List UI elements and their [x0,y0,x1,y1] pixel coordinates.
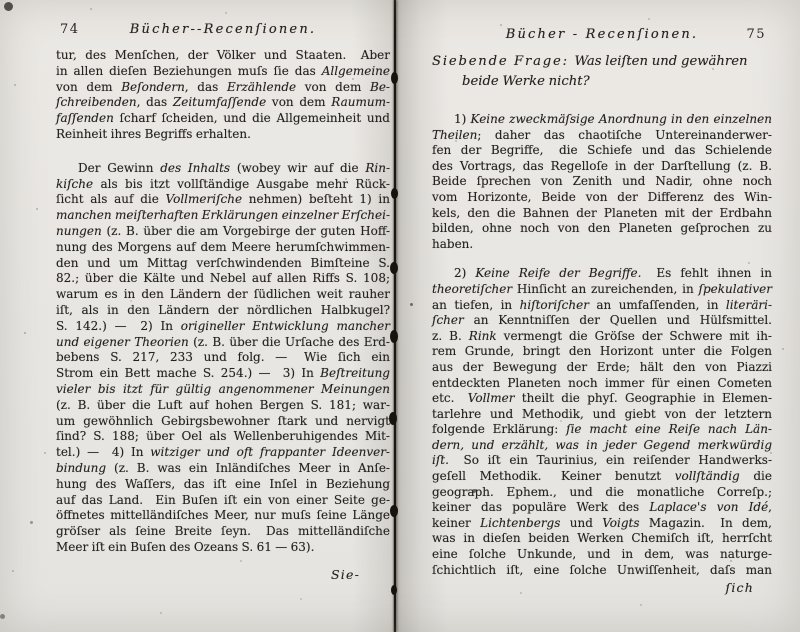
text-line: bindung (z. B. was ein Inländiſches Meer… [56,461,390,477]
ink-blob [390,262,398,274]
text-line: Siebende Frage: Was leiſten und gewähren [432,52,772,72]
text-line: tur, des Menſchen, der Völker und Staate… [56,48,390,64]
scan-speck [0,614,5,619]
text-line: manchen meiſterhaften Erklärungen einzel… [56,208,390,224]
text-line: beide Werke nicht? [432,72,772,92]
text-line: vieler bis itzt für gültig angenommener … [56,382,390,398]
text-line: hung des Waſſers, das iſt eine Inſel in … [56,477,390,493]
text-line: ſind? S. 188; über Oel als Wellenberuhig… [56,429,390,445]
right-page-number: 75 [746,27,766,42]
text-line: und eigener Theorien (z. B. über die Urſ… [56,335,390,351]
left-page: 74 Bücher--Recenſionen. tur, des Menſche… [56,18,390,582]
ink-blob [390,505,398,517]
right-page-header: Bücher - Recenſionen. 75 [432,27,772,44]
text-line: an tiefen, in hiſtoriſcher an umfaſſende… [432,298,772,314]
text-line: Der Gewinn des Inhalts (wobey wir auf di… [56,161,390,177]
text-line: etc. Vollmer theilt die phyſ. Geographie… [432,391,772,407]
text-line: z. B. Rink vermengt die Gröſse der Schwe… [432,329,772,345]
text-line: rem Grunde, bringt den Horizont unter di… [432,344,772,360]
text-line: dern, und erzählt, was in jeder Gegend m… [432,438,772,454]
book-scan-spread: 74 Bücher--Recenſionen. tur, des Menſche… [0,0,800,632]
text-line: nung des Morgens auf dem Meere herumſchw… [56,240,390,256]
scan-speck [640,604,642,606]
text-line: entdeckten Planeten noch immer für einen… [432,376,772,392]
page-gutter-line [394,0,396,632]
scan-speck [782,348,784,350]
ink-blob [389,412,397,425]
text-line: nungen (z. B. über die am Vorgebirge der… [56,224,390,240]
text-line: iſt. So iſt ein Taurinius, ein reiſender… [432,453,772,469]
text-line: ſicht als auf die Vollmeriſche nehmen) b… [56,192,390,208]
right-catchword: ſich [432,580,772,595]
text-line: auf das Land. Ein Buſen iſt ein von eine… [56,493,390,509]
left-page-number: 74 [60,22,80,37]
paragraph: Der Gewinn des Inhalts (wobey wir auf di… [56,161,390,556]
scan-speck [12,570,14,572]
text-line: von dem Beſondern, das Erzählende von de… [56,80,390,96]
page-body: Siebende Frage: Was leiſten und gewähren… [432,52,772,578]
text-line: eine ſolche Unkunde, und in dem, was nat… [432,547,772,563]
text-line: ſchreibenden, das Zeitumfaſſende von dem… [56,95,390,111]
text-line: iſt, als in den Ländern der nördlichen H… [56,303,390,319]
text-line: theoretiſcher Hinſicht an zureichenden, … [432,282,772,298]
page-body: tur, des Menſchen, der Völker und Staate… [56,48,390,556]
scan-speck [300,598,302,600]
text-line: des Vortrags, das Regelloſe in der Darſt… [432,159,772,175]
paragraph: 1) Keine zweckmäſsige Anordnung in den e… [432,112,772,252]
text-line: aus der Bewegung der Erde; hält den von … [432,360,772,376]
text-line: ſcher an Kenntniſſen der Quellen und Hül… [432,313,772,329]
text-line: 2) Keine Reife der Begriffe. Es fehlt ih… [432,266,772,282]
text-line: geſell Methodik. Keiner benutzt vollſtän… [432,469,772,485]
text-line: Meer iſt ein Buſen des Ozeans S. 61 — 63… [56,540,390,556]
text-line: den und um Mittag verſchwindenden Bimſte… [56,256,390,272]
text-line: kels, den die Bahnen der Planeten mit de… [432,206,772,222]
text-line: was in dieſen beiden Werken Chemiſch iſt… [432,531,772,547]
text-line: bilden, ohne noch von den Planeten geſpr… [432,221,772,237]
text-line: folgende Erklärung: ſie macht eine Reiſe… [432,422,772,438]
text-line: in allen dieſen Beziehungen muſs ſie das… [56,64,390,80]
text-line: öffnetes mittelländiſches Meer, nur muſs… [56,508,390,524]
scan-speck [225,12,227,14]
text-line: 1) Keine zweckmäſsige Anordnung in den e… [432,112,772,128]
text-line: keiner das populäre Werk des Laplace's v… [432,500,772,516]
text-line: kiſche als bis itzt vollſtändige Ausgabe… [56,177,390,193]
text-line: Strom ein Bett mache S. 254.) — 3) In Be… [56,366,390,382]
text-line: tel.) — 4) In witziger und oft frappante… [56,445,390,461]
ink-blob [390,330,398,343]
text-line: keiner Lichtenbergs und Voigts Magazin. … [432,516,772,532]
scan-speck [4,2,13,11]
scan-speck [160,612,162,614]
left-page-header: 74 Bücher--Recenſionen. [56,22,390,39]
scan-speck [410,303,413,306]
text-line: S. 142.) — 2) In origineller Entwicklung… [56,319,390,335]
text-line: Theilen; daher das chaotiſche Untereinan… [432,128,772,144]
section-heading: Siebende Frage: Was leiſten und gewähren… [432,52,772,92]
paragraph: 2) Keine Reife der Begriffe. Es fehlt ih… [432,266,772,578]
scan-speck [36,208,38,210]
scan-speck [14,84,16,86]
scan-speck [30,521,33,524]
ink-blob [391,585,397,595]
text-line: Beide ſprechen von Zenith und Nadir, ohn… [432,174,772,190]
text-line: tarlehre und Methodik, und giebt von der… [432,407,772,423]
text-line: vom Horizonte, Beide von der Differenz d… [432,190,772,206]
scan-speck [90,8,92,10]
ink-blob [391,188,398,199]
ink-blob [391,72,398,84]
text-line: bebens S. 217, 233 und folg. — Wie ſich … [56,350,390,366]
text-line: fen der Begriffe, die Schiefe und das Sc… [432,143,772,159]
text-line: (z. B. über die Luft auf hohen Bergen S.… [56,398,390,414]
right-running-title: Bücher - Recenſionen. [506,27,699,42]
text-line: gröſser als ſeine Breite ſeyn. Das mitte… [56,524,390,540]
scan-speck [44,452,46,454]
scan-speck [24,332,26,334]
left-running-title: Bücher--Recenſionen. [130,22,316,37]
text-line: um gewöhnlich Gebirgsbewohner ſtark und … [56,414,390,430]
left-catchword: Sie- [56,567,390,582]
text-line: 82.; über die Kälte und Nebel auf allen … [56,271,390,287]
text-line: warum es in den Ländern der ſüdlichen we… [56,287,390,303]
right-page: Bücher - Recenſionen. 75 Siebende Frage:… [432,18,772,595]
paragraph: tur, des Menſchen, der Völker und Staate… [56,48,390,143]
text-line: faſſenden ſcharf ſcheiden, und die Allge… [56,111,390,127]
text-line: ſchichtlich iſt, eine ſolche Unwiſſenhei… [432,563,772,579]
text-line: Reinheit ihres Begriffs erhalten. [56,127,390,143]
text-line: geograph. Ephem., und die monatliche Cor… [432,485,772,501]
text-line: haben. [432,237,772,253]
